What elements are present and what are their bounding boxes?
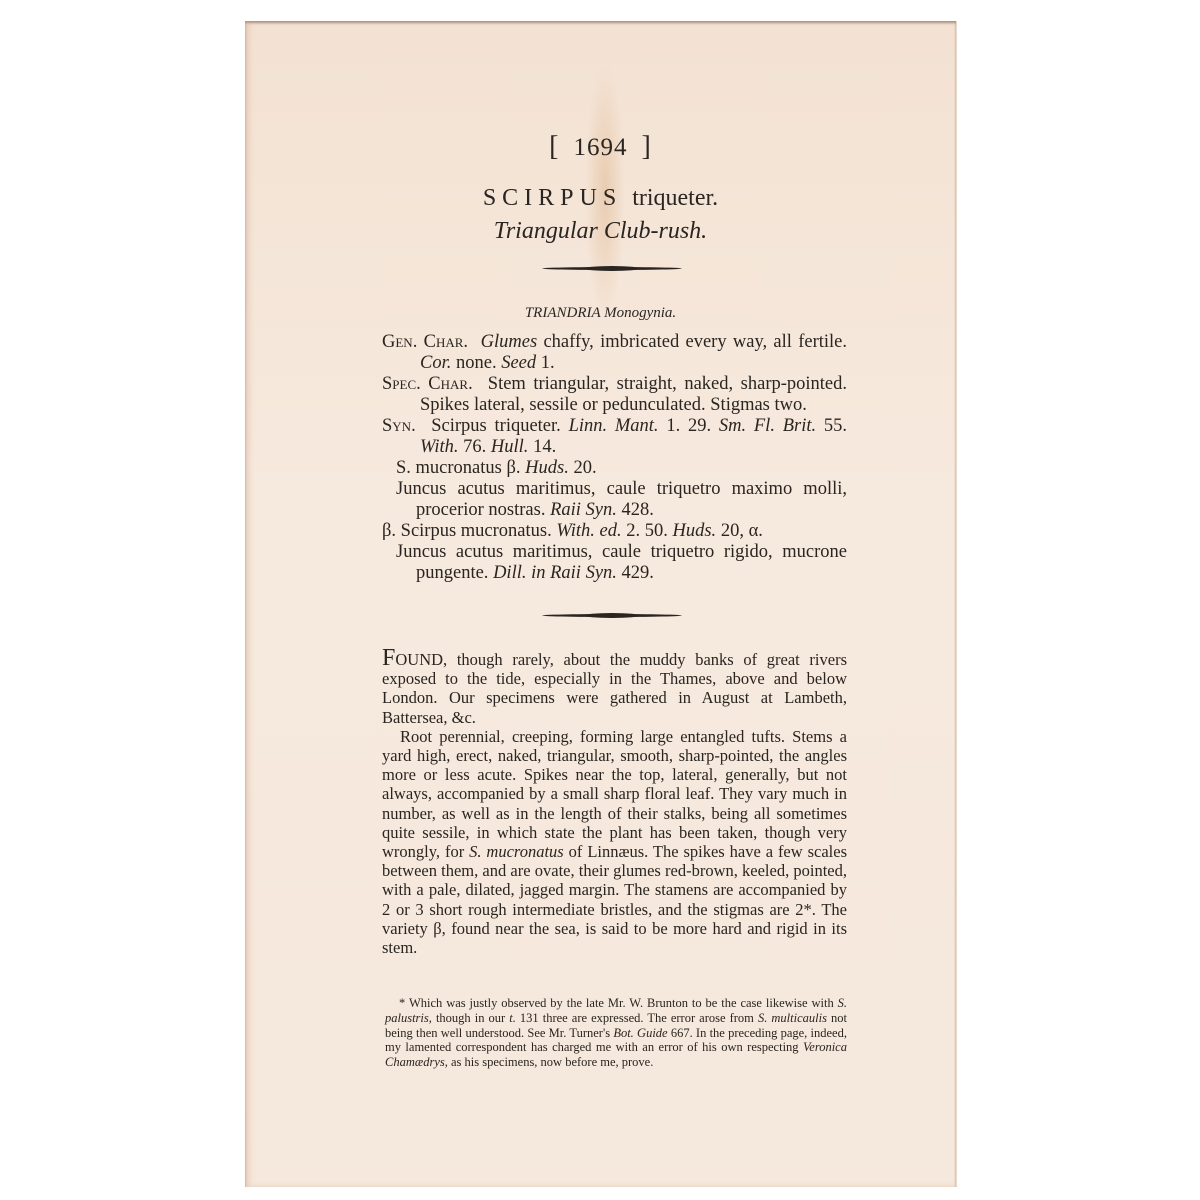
genus-name: SCIRPUS	[483, 185, 622, 211]
common-name: Triangular Club-rush.	[245, 218, 956, 245]
page-number: [1694]	[245, 131, 956, 163]
page-number-value: 1694	[574, 134, 628, 161]
variety-beta: β. Scirpus mucronatus. With. ed. 2. 50. …	[382, 521, 847, 542]
description-paragraph: Root perennial, creeping, forming large …	[382, 727, 847, 957]
ornamental-rule-top	[542, 267, 682, 270]
footnote: * Which was justly observed by the late …	[385, 996, 847, 1070]
linnaean-class: TRIANDRIA Monogynia.	[245, 305, 956, 322]
species-title: SCIRPUStriqueter.	[245, 185, 956, 212]
generic-character: Gen. Char. Glumes chaffy, imbricated eve…	[382, 332, 847, 374]
description-text: FOUND, though rarely, about the muddy ba…	[382, 649, 847, 957]
variety-beta-synonym: Juncus acutus maritimus, caule triquetro…	[382, 542, 847, 584]
bracket-open: [	[535, 131, 573, 162]
ornamental-rule-middle	[542, 614, 682, 617]
specific-character: Spec. Char. Stem triangular, straight, n…	[382, 374, 847, 416]
synonym-3: Juncus acutus maritimus, caule triquetro…	[382, 479, 847, 521]
characters-block: Gen. Char. Glumes chaffy, imbricated eve…	[382, 332, 847, 584]
bracket-close: ]	[628, 131, 666, 162]
habitat-paragraph: FOUND, though rarely, about the muddy ba…	[382, 649, 847, 727]
synonym-2: S. mucronatus β. Huds. 20.	[382, 458, 847, 479]
book-page: [1694] SCIRPUStriqueter. Triangular Club…	[245, 21, 957, 1187]
species-epithet: triqueter.	[632, 185, 718, 211]
synonyms: Syn. Scirpus triqueter. Linn. Mant. 1. 2…	[382, 416, 847, 458]
